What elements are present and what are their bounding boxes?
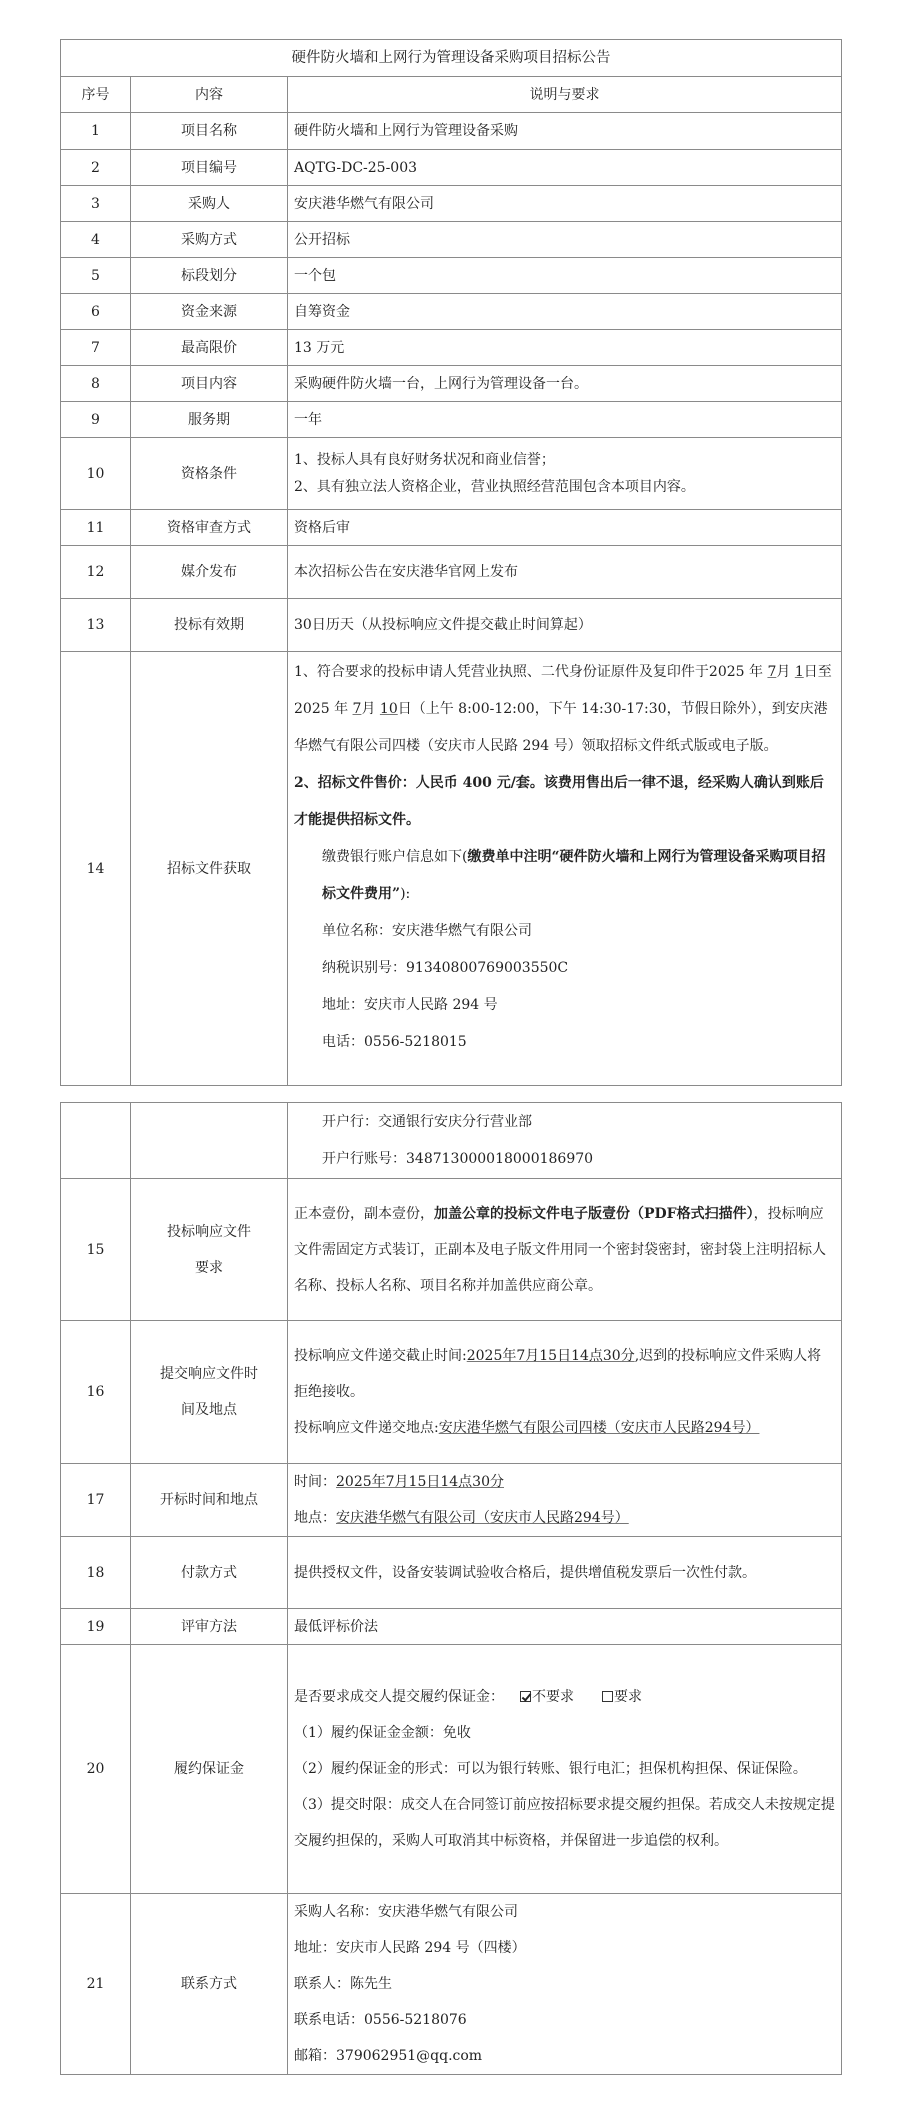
row-desc: 一年 xyxy=(288,402,842,438)
row-desc: 1、符合要求的投标申请人凭营业执照、二代身份证原件及复印件于2025 年 7月 … xyxy=(288,652,842,1086)
table-row: 8 项目内容 采购硬件防火墙一台，上网行为管理设备一台。 xyxy=(61,366,842,402)
row-desc: 13 万元 xyxy=(288,330,842,366)
row-no: 21 xyxy=(61,1894,131,2075)
row-no: 12 xyxy=(61,546,131,599)
row-no: 9 xyxy=(61,402,131,438)
table-row: 15 投标响应文件 要求 正本壹份，副本壹份，加盖公章的投标文件电子版壹份（PD… xyxy=(61,1179,842,1321)
account-line: 地址：安庆市人民路 294 号 xyxy=(294,987,835,1024)
table-row: 14 招标文件获取 1、符合要求的投标申请人凭营业执照、二代身份证原件及复印件于… xyxy=(61,652,842,1086)
account-line: 单位名称：安庆港华燃气有限公司 xyxy=(294,913,835,950)
row-desc: 一个包 xyxy=(288,258,842,294)
header-item: 内容 xyxy=(131,77,288,113)
contact-phone: 联系电话：0556-5218076 xyxy=(294,2002,835,2038)
table-row: 9 服务期 一年 xyxy=(61,402,842,438)
row-desc: 提供授权文件，设备安装调试验收合格后，提供增值税发票后一次性付款。 xyxy=(288,1537,842,1609)
table-row: 7 最高限价 13 万元 xyxy=(61,330,842,366)
row-no: 11 xyxy=(61,510,131,546)
row-item: 资格条件 xyxy=(131,438,288,510)
row-item: 项目编号 xyxy=(131,150,288,186)
row-no: 7 xyxy=(61,330,131,366)
row-no: 3 xyxy=(61,186,131,222)
table-row: 10 资格条件 1、投标人具有良好财务状况和商业信誉； 2、具有独立法人资格企业… xyxy=(61,438,842,510)
table-row: 13 投标有效期 30日历天（从投标响应文件提交截止时间算起） xyxy=(61,599,842,652)
row-item: 服务期 xyxy=(131,402,288,438)
row-no: 15 xyxy=(61,1179,131,1321)
bond-line: （1）履约保证金金额：免收 xyxy=(294,1715,835,1751)
row-item: 联系方式 xyxy=(131,1894,288,2075)
contact-address: 地址：安庆市人民路 294 号（四楼） xyxy=(294,1930,835,1966)
contact-person: 联系人：陈先生 xyxy=(294,1966,835,2002)
row-no: 2 xyxy=(61,150,131,186)
contact-purchaser: 采购人名称：安庆港华燃气有限公司 xyxy=(294,1894,835,1930)
row-item: 开标时间和地点 xyxy=(131,1464,288,1537)
row-desc: 是否要求成交人提交履约保证金：不要求要求 （1）履约保证金金额：免收 （2）履约… xyxy=(288,1645,842,1894)
row-item: 付款方式 xyxy=(131,1537,288,1609)
contact-email[interactable]: 邮箱：379062951@qq.com xyxy=(294,2038,835,2074)
qualification-line: 2、具有独立法人资格企业，营业执照经营范围包含本项目内容。 xyxy=(294,474,835,501)
row-desc: 投标响应文件递交截止时间:2025年7月15日14点30分,迟到的投标响应文件采… xyxy=(288,1321,842,1464)
bond-question-line: 是否要求成交人提交履约保证金：不要求要求 xyxy=(294,1679,835,1715)
row-item: 履约保证金 xyxy=(131,1645,288,1894)
row-item: 项目名称 xyxy=(131,113,288,150)
row-item: 采购方式 xyxy=(131,222,288,258)
row-item: 资格审查方式 xyxy=(131,510,288,546)
row-desc: 本次招标公告在安庆港华官网上发布 xyxy=(288,546,842,599)
bond-line: （3）提交时限：成交人在合同签订前应按招标要求提交履约担保。若成交人未按规定提交… xyxy=(294,1787,835,1859)
row-no: 20 xyxy=(61,1645,131,1894)
table-row: 17 开标时间和地点 时间：2025年7月15日14点30分 地点：安庆港华燃气… xyxy=(61,1464,842,1537)
row-item: 最高限价 xyxy=(131,330,288,366)
row-desc: 最低评标价法 xyxy=(288,1609,842,1645)
table-row: 18 付款方式 提供授权文件，设备安装调试验收合格后，提供增值税发票后一次性付款… xyxy=(61,1537,842,1609)
row-item: 投标响应文件 要求 xyxy=(131,1179,288,1321)
row-item: 招标文件获取 xyxy=(131,652,288,1086)
document-title: 硬件防火墙和上网行为管理设备采购项目招标公告 xyxy=(61,40,842,77)
row-no: 4 xyxy=(61,222,131,258)
qualification-line: 1、投标人具有良好财务状况和商业信誉； xyxy=(294,447,835,474)
notice-table-page-1: 硬件防火墙和上网行为管理设备采购项目招标公告 序号 内容 说明与要求 1 项目名… xyxy=(60,39,842,1086)
account-line: 开户行：交通银行安庆分行营业部 xyxy=(294,1104,835,1141)
row-no: 18 xyxy=(61,1537,131,1609)
place-line: 投标响应文件递交地点:安庆港华燃气有限公司四楼（安庆市人民路294号） xyxy=(294,1410,835,1446)
row-no: 16 xyxy=(61,1321,131,1464)
row-desc: 开户行：交通银行安庆分行营业部 开户行账号：348713000018000186… xyxy=(288,1103,842,1179)
acquisition-paragraph-2: 2、招标文件售价：人民币 400 元/套。该费用售出后一律不退，经采购人确认到账… xyxy=(294,765,835,839)
table-row: 6 资金来源 自筹资金 xyxy=(61,294,842,330)
table-row: 1 项目名称 硬件防火墙和上网行为管理设备采购 xyxy=(61,113,842,150)
table-row: 19 评审方法 最低评标价法 xyxy=(61,1609,842,1645)
option-required-label: 要求 xyxy=(614,1689,642,1705)
row-item: 投标有效期 xyxy=(131,599,288,652)
table-row-continuation: 开户行：交通银行安庆分行营业部 开户行账号：348713000018000186… xyxy=(61,1103,842,1179)
row-no: 1 xyxy=(61,113,131,150)
table-row: 5 标段划分 一个包 xyxy=(61,258,842,294)
start-day: 1 xyxy=(795,664,804,680)
account-line: 电话：0556-5218015 xyxy=(294,1024,835,1061)
row-item: 标段划分 xyxy=(131,258,288,294)
row-desc: 公开招标 xyxy=(288,222,842,258)
row-item: 评审方法 xyxy=(131,1609,288,1645)
option-not-required-label: 不要求 xyxy=(532,1689,574,1705)
table-row: 20 履约保证金 是否要求成交人提交履约保证金：不要求要求 （1）履约保证金金额… xyxy=(61,1645,842,1894)
row-desc: 30日历天（从投标响应文件提交截止时间算起） xyxy=(288,599,842,652)
row-desc: 采购人名称：安庆港华燃气有限公司 地址：安庆市人民路 294 号（四楼） 联系人… xyxy=(288,1894,842,2075)
header-desc: 说明与要求 xyxy=(288,77,842,113)
deadline-line: 投标响应文件递交截止时间:2025年7月15日14点30分,迟到的投标响应文件采… xyxy=(294,1338,835,1410)
table-row: 12 媒介发布 本次招标公告在安庆港华官网上发布 xyxy=(61,546,842,599)
table-row: 11 资格审查方式 资格后审 xyxy=(61,510,842,546)
row-no: 10 xyxy=(61,438,131,510)
row-desc: 资格后审 xyxy=(288,510,842,546)
row-no: 13 xyxy=(61,599,131,652)
row-no: 17 xyxy=(61,1464,131,1537)
opening-time-value: 2025年7月15日14点30分 xyxy=(336,1474,504,1490)
table-row: 3 采购人 安庆港华燃气有限公司 xyxy=(61,186,842,222)
opening-place-line: 地点：安庆港华燃气有限公司（安庆市人民路294号） xyxy=(294,1500,835,1536)
row-item: 提交响应文件时 间及地点 xyxy=(131,1321,288,1464)
row-no: 8 xyxy=(61,366,131,402)
row-item: 媒介发布 xyxy=(131,546,288,599)
row-item: 项目内容 xyxy=(131,366,288,402)
row-no: 19 xyxy=(61,1609,131,1645)
account-line: 纳税识别号：91340800769003550C xyxy=(294,950,835,987)
row-desc: 硬件防火墙和上网行为管理设备采购 xyxy=(288,113,842,150)
deadline-value: 2025年7月15日14点30分 xyxy=(467,1348,635,1364)
acquisition-paragraph-1: 1、符合要求的投标申请人凭营业执照、二代身份证原件及复印件于2025 年 7月 … xyxy=(294,654,835,765)
header-no: 序号 xyxy=(61,77,131,113)
notice-table-page-2: 开户行：交通银行安庆分行营业部 开户行账号：348713000018000186… xyxy=(60,1102,842,2075)
row-desc: 自筹资金 xyxy=(288,294,842,330)
header-row: 序号 内容 说明与要求 xyxy=(61,77,842,113)
row-desc: 时间：2025年7月15日14点30分 地点：安庆港华燃气有限公司（安庆市人民路… xyxy=(288,1464,842,1537)
row-no: 5 xyxy=(61,258,131,294)
title-row: 硬件防火墙和上网行为管理设备采购项目招标公告 xyxy=(61,40,842,77)
bond-line: （2）履约保证金的形式：可以为银行转账、银行电汇；担保机构担保、保证保险。 xyxy=(294,1751,835,1787)
row-desc: AQTG-DC-25-003 xyxy=(288,150,842,186)
checkbox-not-required[interactable] xyxy=(520,1691,531,1702)
row-desc: 正本壹份，副本壹份，加盖公章的投标文件电子版壹份（PDF格式扫描件），投标响应文… xyxy=(288,1179,842,1321)
checkbox-required[interactable] xyxy=(602,1691,613,1702)
acquisition-paragraph-3: 缴费银行账户信息如下(缴费单中注明“硬件防火墙和上网行为管理设备采购项目招标文件… xyxy=(294,839,835,913)
table-row: 21 联系方式 采购人名称：安庆港华燃气有限公司 地址：安庆市人民路 294 号… xyxy=(61,1894,842,2075)
end-day: 10 xyxy=(380,701,398,717)
row-item: 采购人 xyxy=(131,186,288,222)
row-no: 6 xyxy=(61,294,131,330)
table-row: 4 采购方式 公开招标 xyxy=(61,222,842,258)
row-desc: 采购硬件防火墙一台，上网行为管理设备一台。 xyxy=(288,366,842,402)
opening-place-value: 安庆港华燃气有限公司（安庆市人民路294号） xyxy=(336,1510,629,1526)
table-row: 2 项目编号 AQTG-DC-25-003 xyxy=(61,150,842,186)
account-line: 开户行账号：348713000018000186970 xyxy=(294,1141,835,1178)
row-desc: 安庆港华燃气有限公司 xyxy=(288,186,842,222)
opening-time-line: 时间：2025年7月15日14点30分 xyxy=(294,1464,835,1500)
row-item: 资金来源 xyxy=(131,294,288,330)
place-value: 安庆港华燃气有限公司四楼（安庆市人民路294号） xyxy=(439,1420,760,1436)
row-no: 14 xyxy=(61,652,131,1086)
table-row: 16 提交响应文件时 间及地点 投标响应文件递交截止时间:2025年7月15日1… xyxy=(61,1321,842,1464)
row-desc: 1、投标人具有良好财务状况和商业信誉； 2、具有独立法人资格企业，营业执照经营范… xyxy=(288,438,842,510)
